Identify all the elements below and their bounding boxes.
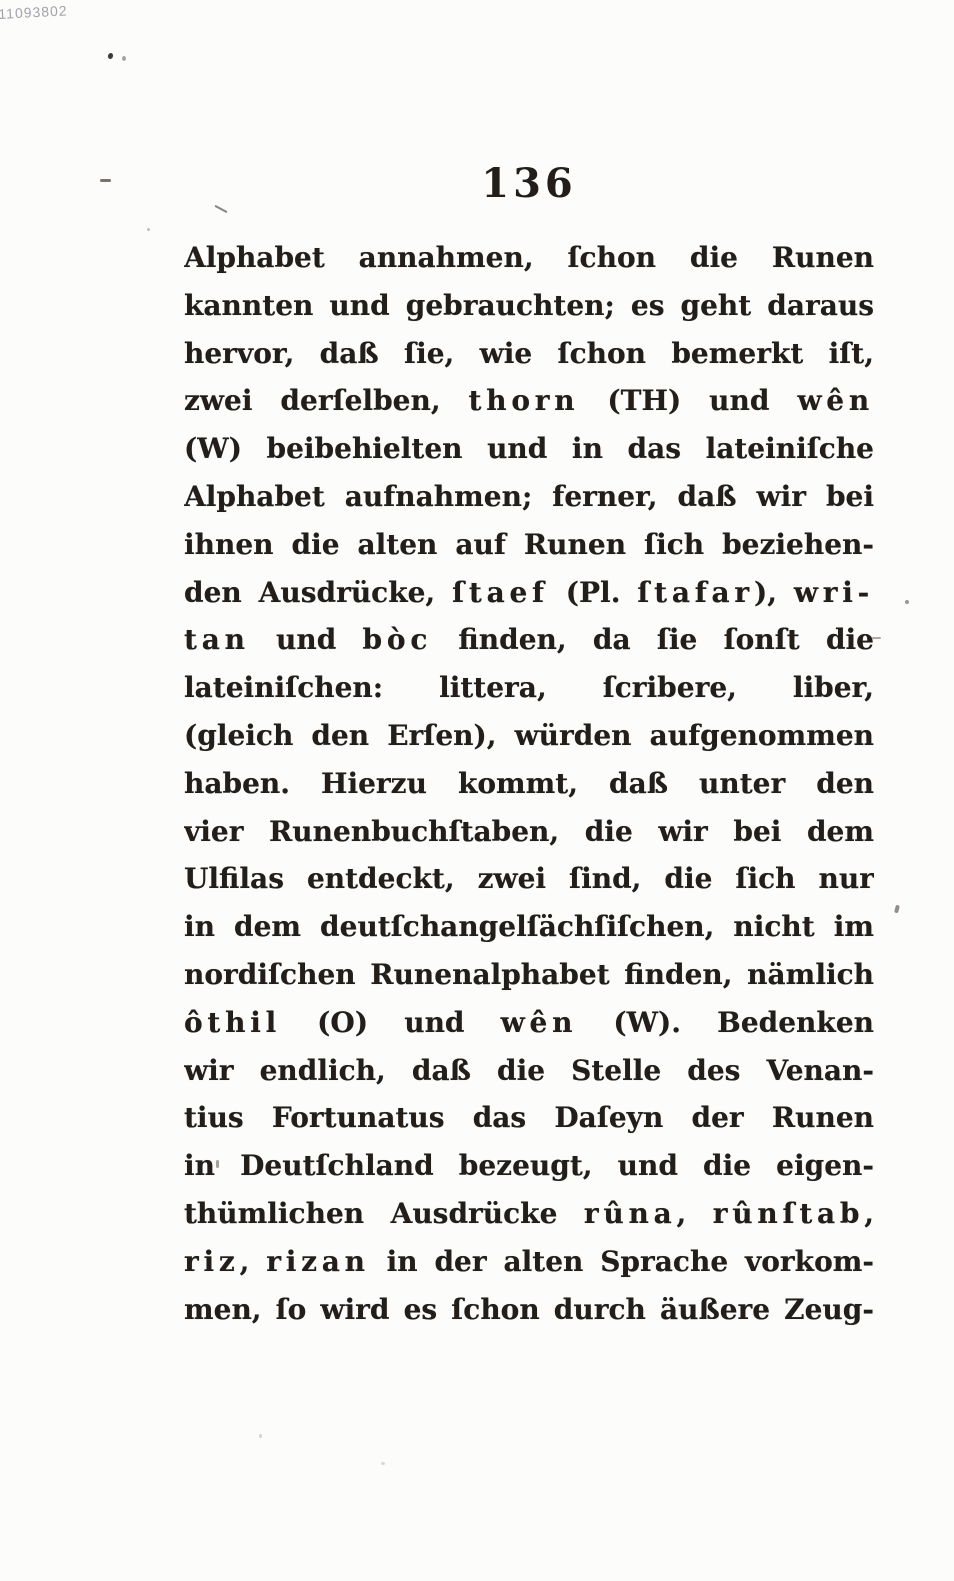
text-line: thümlichen Ausdrücke rûna, rûnſtab, xyxy=(184,1190,874,1238)
text-line: Alphabet aufnahmen; ferner, daß wir bei xyxy=(184,473,874,521)
text-line: haben. Hierzu kommt, daß unter den xyxy=(184,760,874,808)
corner-scan-number: 11093802 xyxy=(0,2,68,22)
book-page-scan: 11093802 136 Alphabet annahmen, ſchon di… xyxy=(0,0,954,1581)
page-number: 136 xyxy=(184,160,874,207)
scan-artifact xyxy=(107,52,114,59)
text-line: den Ausdrücke, ſtaef (Pl. ſtafar), wri- xyxy=(184,569,874,617)
text-line: kannten und gebrauchten; es geht daraus xyxy=(184,282,874,330)
text-line: vier Runenbuchſtaben, die wir bei dem xyxy=(184,808,874,856)
scan-artifact xyxy=(259,1434,262,1438)
scan-artifact xyxy=(147,228,150,231)
text-line: wir endlich, daß die Stelle des Venan- xyxy=(184,1047,874,1095)
scan-artifact xyxy=(905,600,909,604)
scan-artifact xyxy=(381,1462,385,1465)
text-line: tan und bòc finden, da ſie ſonſt die xyxy=(184,616,874,664)
text-line: nordiſchen Runenalphabet finden, nämlich xyxy=(184,951,874,999)
scan-artifact xyxy=(122,56,126,61)
text-line: tius Fortunatus das Daſeyn der Runen xyxy=(184,1094,874,1142)
text-line: Alphabet annahmen, ſchon die Runen xyxy=(184,234,874,282)
text-line: riz, rizan in der alten Sprache vorkom- xyxy=(184,1238,874,1286)
text-line: ôthil (O) und wên (W). Bedenken xyxy=(184,999,874,1047)
scan-artifact xyxy=(100,179,111,182)
text-line: zwei derſelben, thorn (TH) und wên xyxy=(184,377,874,425)
scan-artifact xyxy=(894,905,900,914)
text-line: (W) beibehielten und in das lateiniſche xyxy=(184,425,874,473)
text-line: in Deutſchland bezeugt, und die eigen- xyxy=(184,1142,874,1190)
page-body-text: Alphabet annahmen, ſchon die Runenkannte… xyxy=(184,234,874,1333)
text-line: men, ſo wird es ſchon durch äußere Zeug- xyxy=(184,1286,874,1334)
text-line: lateiniſchen: littera, ſcribere, liber, xyxy=(184,664,874,712)
text-line: Ulfilas entdeckt, zwei ſind, die ſich nu… xyxy=(184,855,874,903)
text-line: hervor, daß ſie, wie ſchon bemerkt iſt, xyxy=(184,330,874,378)
text-line: ihnen die alten auf Runen ſich beziehen- xyxy=(184,521,874,569)
text-line: (gleich den Erſen), würden aufgenommen xyxy=(184,712,874,760)
text-line: in dem deutſchangelſächſiſchen, nicht im xyxy=(184,903,874,951)
